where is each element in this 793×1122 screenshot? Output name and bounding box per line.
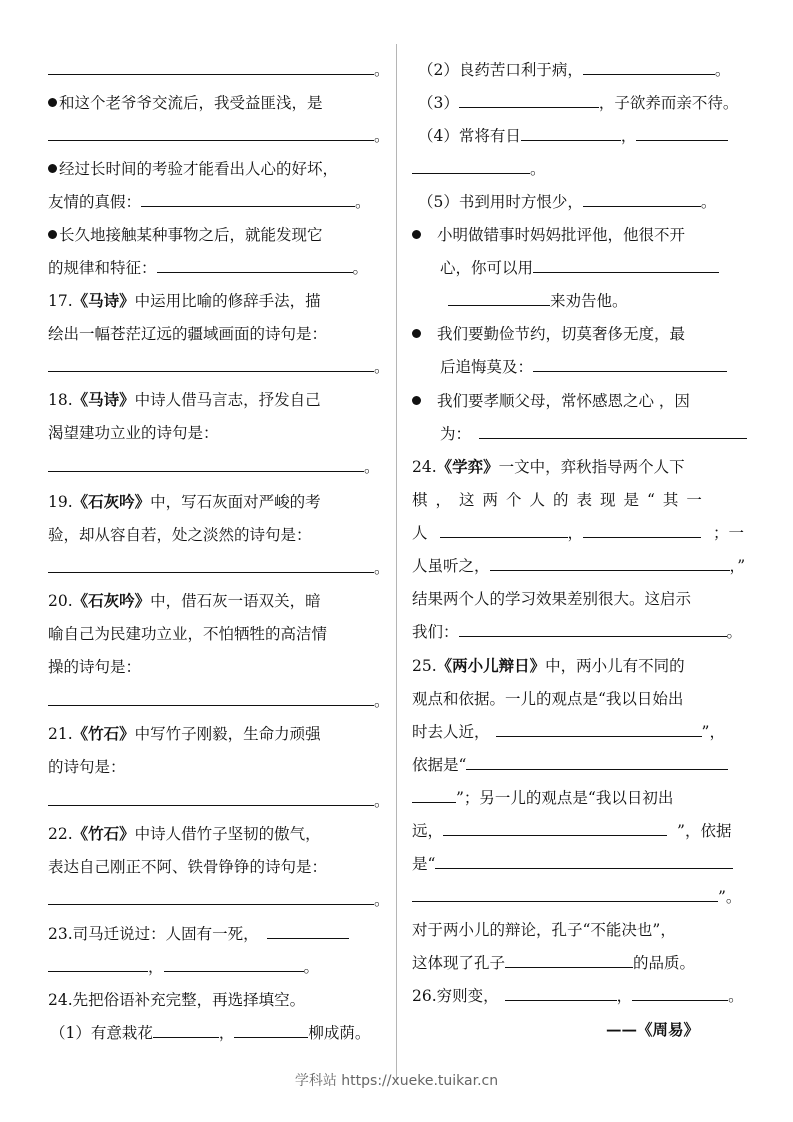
column-divider [396, 44, 397, 1080]
question-17: 17.《马诗》中运用比喻的修辞手法，描 [48, 291, 321, 311]
bullet-item: 和这个老爷爷交流后，我受益匪浅，是 [48, 93, 323, 113]
question-line: 时去人近，”， [412, 722, 725, 742]
answer-blank[interactable] [141, 192, 355, 207]
answer-blank[interactable] [157, 258, 353, 273]
question-line: 棋，这两个人的表现是“其一 [412, 490, 710, 510]
question-line: 为： [440, 424, 747, 444]
question-line: 渴望建功立业的诗句是： [48, 423, 219, 443]
question-line: 友情的真假：。 [48, 192, 371, 212]
bullet-icon [48, 98, 57, 107]
bullet-icon [48, 164, 57, 173]
proverb-2: （2）良药苦口利于病，。 [418, 60, 730, 80]
bullet-icon [412, 396, 421, 405]
proverb-5: （5）书到用时方恨少，。 [418, 192, 716, 212]
answer-blank[interactable] [632, 986, 728, 1001]
answer-blank[interactable] [412, 159, 530, 174]
answer-blank[interactable] [479, 424, 747, 439]
question-line: ”；另一儿的观点是“我以日初出 [412, 788, 673, 808]
source-attribution: ——《周易》 [606, 1020, 699, 1040]
answer-blank[interactable] [490, 556, 730, 571]
answer-line: 。 [412, 159, 546, 179]
question-line: 观点和依据。一儿的观点是“我以日始出 [412, 689, 683, 709]
question-line: 心，你可以用 [440, 258, 719, 278]
bullet-item: 我们要勤俭节约，切莫奢侈无度，最 [412, 324, 685, 344]
question-20: 20.《石灰吟》中，借石灰一语双关，暗 [48, 591, 321, 611]
answer-line: ，。 [48, 957, 319, 977]
answer-blank[interactable] [48, 357, 374, 372]
answer-blank[interactable] [533, 258, 719, 273]
question-line: 绘出一幅苍茫辽远的疆域画面的诗句是： [48, 324, 327, 344]
question-22: 22.《竹石》中诗人借竹子坚韧的傲气， [48, 824, 321, 844]
question-line: 结果两个人的学习效果差别很大。这启示 [412, 589, 691, 609]
question-25: 25.《两小儿辩日》中，两小儿有不同的 [412, 656, 685, 676]
question-24: 24.先把俗语补充完整，再选择填空。 [48, 990, 305, 1010]
answer-blank[interactable] [48, 126, 374, 141]
proverb-1: （1）有意栽花，柳成荫。 [50, 1023, 370, 1043]
answer-blank[interactable] [466, 755, 728, 770]
bullet-item: 长久地接触某种事物之后，就能发现它 [48, 225, 323, 245]
question-23: 23.司马迁说过：人固有一死， [48, 924, 349, 944]
answer-blank[interactable] [48, 457, 364, 472]
question-line: 我们：。 [412, 622, 742, 642]
answer-line: 。 [48, 357, 390, 377]
answer-blank[interactable] [412, 887, 718, 902]
answer-blank[interactable] [440, 523, 568, 538]
question-line: 对于两小儿的辩论，孔子“不能决也”， [412, 920, 676, 940]
answer-blank[interactable] [48, 890, 374, 905]
answer-line: 。 [48, 890, 390, 910]
question-line: 远，”，依据 [412, 821, 731, 841]
question-line: 来劝告他。 [448, 291, 628, 311]
question-26: 26.穷则变，，。 [412, 986, 744, 1006]
question-line: 喻自己为民建功立业，不怕牺牲的高洁情 [48, 624, 327, 644]
question-18: 18.《马诗》中诗人借马言志，抒发自己 [48, 390, 321, 410]
answer-blank[interactable] [583, 523, 701, 538]
bullet-item: 小明做错事时妈妈批评他，他很不开 [412, 225, 685, 245]
answer-blank[interactable] [636, 126, 728, 141]
answer-blank[interactable] [505, 953, 633, 968]
answer-line: 。 [48, 558, 390, 578]
question-line: 这体现了孔子的品质。 [412, 953, 695, 973]
answer-blank[interactable] [48, 957, 148, 972]
answer-blank[interactable] [267, 924, 349, 939]
answer-blank[interactable] [164, 957, 304, 972]
proverb-4: （4）常将有日， [418, 126, 728, 146]
question-line: 的诗句是： [48, 757, 126, 777]
answer-blank[interactable] [435, 854, 733, 869]
answer-line: 。 [48, 791, 390, 811]
answer-blank[interactable] [412, 788, 456, 803]
question-21: 21.《竹石》中写竹子刚毅，生命力顽强 [48, 724, 321, 744]
answer-line: 。 [48, 457, 380, 477]
answer-line: 。 [48, 691, 390, 711]
bullet-icon [48, 230, 57, 239]
question-line: 表达自己刚正不阿、铁骨铮铮的诗句是： [48, 857, 327, 877]
answer-blank[interactable] [459, 93, 599, 108]
question-line: 的规律和特征：。 [48, 258, 368, 278]
question-line: 是“ [412, 854, 733, 874]
question-24b: 24.《学弈》一文中，弈秋指导两个人下 [412, 457, 685, 477]
proverb-3: （3），子欲养而亲不待。 [418, 93, 738, 113]
question-19: 19.《石灰吟》中，写石灰面对严峻的考 [48, 492, 321, 512]
answer-line: ”。 [412, 887, 741, 907]
question-line: 操的诗句是： [48, 657, 141, 677]
question-line: 依据是“ [412, 755, 728, 775]
answer-line: 。 [48, 60, 390, 80]
answer-blank[interactable] [153, 1023, 219, 1038]
answer-blank[interactable] [583, 60, 715, 75]
answer-blank[interactable] [48, 791, 374, 806]
worksheet-page: 。 和这个老爷爷交流后，我受益匪浅，是 。 经过长时间的考验才能看出人心的好坏，… [0, 0, 793, 1122]
answer-blank[interactable] [48, 691, 374, 706]
answer-blank[interactable] [443, 821, 667, 836]
answer-blank[interactable] [48, 60, 374, 75]
footer-watermark: 学科站 https://xueke.tuikar.cn [0, 1070, 793, 1090]
question-line: 人虽听之，，” [412, 556, 745, 576]
question-line: 后追悔莫及： [440, 357, 727, 377]
answer-blank[interactable] [533, 357, 727, 372]
bullet-icon [412, 230, 421, 239]
answer-blank[interactable] [583, 192, 701, 207]
question-line: 人，；一 [412, 523, 744, 543]
answer-blank[interactable] [459, 622, 727, 637]
answer-blank[interactable] [448, 291, 550, 306]
answer-blank[interactable] [496, 722, 702, 737]
bullet-item: 我们要孝顺父母，常怀感恩之心 ，因 [412, 391, 690, 411]
answer-blank[interactable] [48, 558, 374, 573]
answer-blank[interactable] [234, 1023, 308, 1038]
answer-blank[interactable] [505, 986, 617, 1001]
answer-blank[interactable] [521, 126, 621, 141]
bullet-icon [412, 329, 421, 338]
question-line: 验，却从容自若，处之淡然的诗句是： [48, 525, 312, 545]
bullet-item: 经过长时间的考验才能看出人心的好坏， [48, 159, 338, 179]
answer-line: 。 [48, 126, 390, 146]
